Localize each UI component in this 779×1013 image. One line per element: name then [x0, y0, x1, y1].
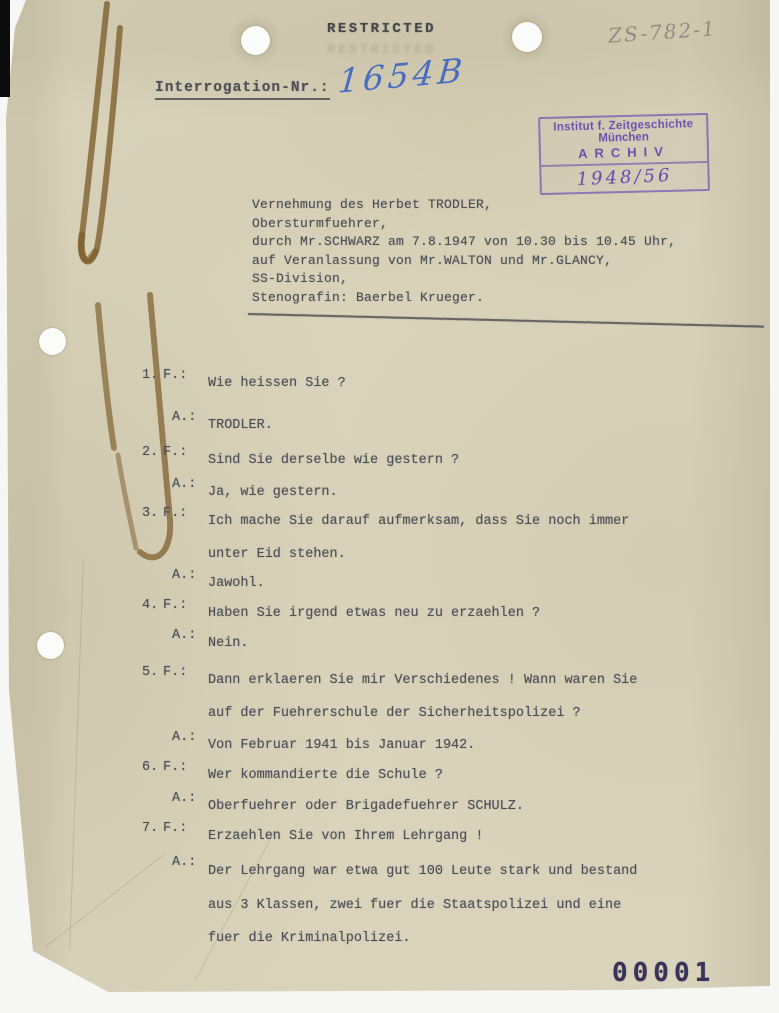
- answer-text: Nein.: [208, 628, 728, 661]
- question-number: 6.: [142, 760, 158, 775]
- paper-crease: [69, 560, 84, 950]
- punch-hole: [241, 26, 270, 55]
- question-text: Haben Sie irgend etwas neu zu erzaehlen …: [208, 598, 728, 631]
- paper-crease: [46, 854, 165, 947]
- answer-text: Jawohl.: [208, 568, 728, 601]
- header-line: Stenografin: Baerbel Krueger.: [252, 289, 732, 308]
- header-line: Obersturmfuehrer,: [252, 215, 732, 234]
- interrogation-number-label: Interrogation-Nr.:: [155, 80, 330, 100]
- answer-label: A.:: [172, 568, 196, 583]
- question-number: 7.: [142, 821, 158, 836]
- interrogation-header: Vernehmung des Herbet TRODLER, Obersturm…: [252, 196, 732, 308]
- question-text: Ich mache Sie darauf aufmerksam, dass Si…: [208, 506, 728, 571]
- answer-label: A.:: [172, 477, 196, 492]
- answer-label: A.:: [172, 628, 196, 643]
- answer-text: Der Lehrgang war etwa gut 100 Leute star…: [208, 855, 728, 956]
- header-line: durch Mr.SCHWARZ am 7.8.1947 von 10.30 b…: [252, 233, 732, 252]
- answer-label: A.:: [172, 730, 196, 745]
- header-line: auf Veranlassung von Mr.WALTON und Mr.GL…: [252, 252, 732, 271]
- page-number-stamp: 00001: [612, 958, 715, 988]
- question-text: Wie heissen Sie ?: [208, 368, 728, 401]
- classification-stamp: RESTRICTED: [327, 21, 436, 37]
- answer-label: A.:: [172, 855, 196, 870]
- question-label: F.:: [163, 506, 187, 521]
- question-text: Dann erklaeren Sie mir Verschiedenes ! W…: [208, 665, 728, 730]
- answer-text: Ja, wie gestern.: [208, 477, 728, 510]
- archive-stamp-archiv: ARCHIV: [541, 143, 707, 162]
- archive-stamp: Institut f. Zeitgeschichte München ARCHI…: [538, 113, 710, 195]
- punch-hole: [512, 22, 542, 52]
- question-label: F.:: [163, 598, 187, 613]
- question-label: F.:: [163, 665, 187, 680]
- question-number: 2.: [142, 445, 158, 460]
- header-line: Vernehmung des Herbet TRODLER,: [252, 196, 732, 215]
- question-label: F.:: [163, 445, 187, 460]
- question-number: 5.: [142, 665, 158, 680]
- question-text: Sind Sie derselbe wie gestern ?: [208, 445, 728, 478]
- question-label: F.:: [163, 821, 187, 836]
- scanner-edge-artifact: [0, 0, 10, 97]
- question-text: Wer kommandierte die Schule ?: [208, 760, 728, 793]
- question-number: 4.: [142, 598, 158, 613]
- answer-text: Von Februar 1941 bis Januar 1942.: [208, 730, 728, 763]
- question-number: 1.: [142, 368, 158, 383]
- answer-text: Oberfuehrer oder Brigadefuehrer SCHULZ.: [208, 791, 728, 824]
- header-line: SS-Division,: [252, 270, 732, 289]
- answer-text: TRODLER.: [208, 410, 728, 443]
- question-label: F.:: [163, 760, 187, 775]
- answer-label: A.:: [172, 410, 196, 425]
- question-text: Erzaehlen Sie von Ihrem Lehrgang !: [208, 821, 728, 854]
- archive-reference-pencil: ZS-782-1: [607, 16, 717, 48]
- question-label: F.:: [163, 368, 187, 383]
- header-underline: [248, 313, 764, 328]
- question-number: 3.: [142, 506, 158, 521]
- punch-hole: [37, 632, 64, 659]
- archive-stamp-number-handwritten: 1948/56: [541, 162, 708, 195]
- answer-label: A.:: [172, 791, 196, 806]
- document-page: RESTRICTED RESTRICTED Interrogation-Nr.:…: [0, 0, 779, 1013]
- punch-hole: [39, 328, 66, 355]
